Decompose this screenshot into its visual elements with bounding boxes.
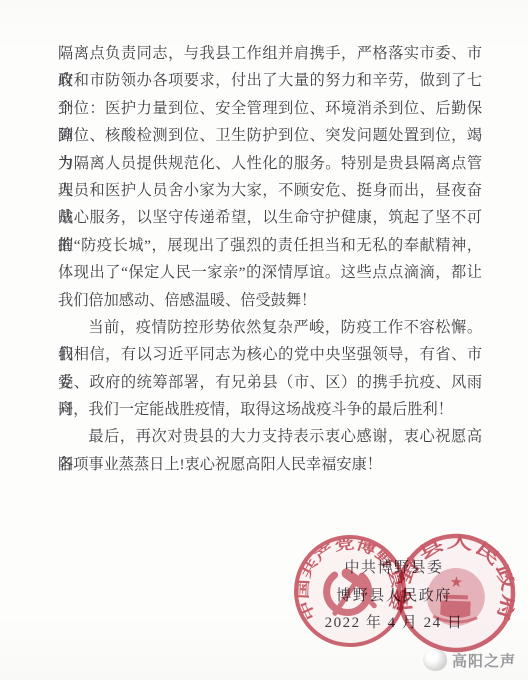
watermark: 高阳之声 [423,649,516,671]
scanned-letter-page: 隔离点负责同志，与我县工作组并肩携手，严格落实市委、市政府和市防领办各项要求，付… [0,0,528,680]
star-icon: ★ [449,575,463,591]
letter-line: 当前，疫情防控形势依然复杂严峻，防疫工作不容松懈。我 [58,314,482,341]
letter-line: 人员和医护人员舍小家为大家，不顾安危、挺身而出，昼夜奋战、 [58,177,482,204]
government-seal: 博野县人民政府 ★ [392,529,520,657]
letter-line: 委、政府的统筹部署，有兄弟县（市、区）的携手抗疫、风雨同 [58,369,482,396]
letter-line: 最后，再次对贵县的大力支持表示衷心感谢，衷心祝愿高阳 [58,423,482,450]
letter-line: 隔离点负责同志，与我县工作组并肩携手，严格落实市委、市政 [58,40,482,67]
letter-line: 各项事业蒸蒸日上!衷心祝愿高阳人民幸福安康！ [58,451,482,478]
letter-body: 隔离点负责同志，与我县工作组并肩携手，严格落实市委、市政府和市防领办各项要求，付… [58,40,482,478]
letter-line: 到位：医护力量到位、安全管理到位、环境消杀到位、后勤保障 [58,95,482,122]
letter-line: 为隔离人员提供规范化、人性化的服务。特别是贵县隔离点管理 [58,150,482,177]
letter-line: 我们倍加感动、倍感温暖、倍受鼓舞！ [58,287,482,314]
letter-line: 府和市防领办各项要求，付出了大量的努力和辛劳，做到了七个 [58,67,482,94]
watermark-label: 高阳之声 [452,650,516,671]
letter-line: 的“防疫长城”，展现出了强烈的责任担当和无私的奉献精神， [58,232,482,259]
letter-line: 贴心服务，以坚守传递希望，以生命守护健康，筑起了坚不可摧 [58,204,482,231]
gaoyang-voice-logo-icon [423,649,447,671]
letter-line: 舟，我们一定能战胜疫情，取得这场战疫斗争的最后胜利！ [58,396,482,423]
letter-line: 到位、核酸检测到位、卫生防护到位、突发问题处置到位，竭力 [58,122,482,149]
letter-line: 体现出了“保定人民一家亲”的深情厚谊。这些点点滴滴，都让 [58,259,482,286]
letter-line: 们相信，有以习近平同志为核心的党中央坚强领导，有省、市党 [58,341,482,368]
